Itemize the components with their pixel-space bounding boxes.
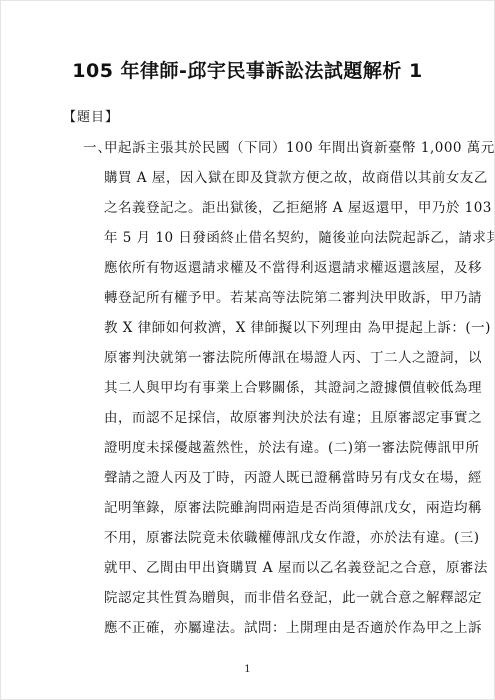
question-line: 教 X 律師如何救濟，X 律師擬以下列理由 為甲提起上訴：(一): [104, 313, 429, 343]
question-line: 聲請之證人丙及丁時，丙證人既已證稱當時另有戊女在場，經: [104, 463, 429, 493]
question-line: 記明筆錄，原審法院雖詢問兩造是否尚須傳訊戊女，兩造均稱: [104, 493, 429, 523]
question-item-marker: 一、: [83, 133, 112, 163]
question-line: 證明度未採優越蓋然性，於法有違。(二)第一審法院傳訊甲所: [104, 433, 429, 463]
question-line: 由，而認不足採信，故原審判決於法有違；且原審認定事實之: [104, 403, 429, 433]
question-line: 不用，原審法院竟未依職權傳訊戊女作證，亦於法有違。(三): [104, 523, 429, 553]
document-page: 105 年律師-邱宇民事訴訟法試題解析 1 【題目】 一、 甲起訴主張其於民國（…: [0, 0, 495, 700]
document-title: 105 年律師-邱宇民事訴訟法試題解析 1: [1, 57, 494, 85]
section-label-question: 【題目】: [63, 110, 494, 126]
question-lines: 甲起訴主張其於民國（下同）100 年間出資新臺幣 1,000 萬元 購買 A 屋…: [104, 133, 429, 643]
question-line: 之名義登記之。詎出獄後，乙拒絕將 A 屋返還甲，甲乃於 103: [104, 193, 429, 223]
question-line: 年 5 月 10 日發函終止借名契約，隨後並向法院起訴乙，請求其: [104, 223, 429, 253]
question-line: 購買 A 屋，因入獄在即及貸款方便之故，故商借以其前女友乙: [104, 163, 429, 193]
question-item: 一、 甲起訴主張其於民國（下同）100 年間出資新臺幣 1,000 萬元 購買 …: [83, 133, 429, 643]
page-number: 1: [1, 663, 494, 675]
question-line: 應不正確，亦屬違法。試問：上開理由是否適於作為甲之上訴: [104, 613, 429, 643]
question-line: 其二人與甲均有事業上合夥關係，其證詞之證據價值較低為理: [104, 373, 429, 403]
question-line: 甲起訴主張其於民國（下同）100 年間出資新臺幣 1,000 萬元: [104, 133, 429, 163]
question-line: 轉登記所有權予甲。若某高等法院第二審判決甲敗訴，甲乃請: [104, 283, 429, 313]
question-line: 原審判決就第一審法院所傳訊在場證人丙、丁二人之證詞，以: [104, 343, 429, 373]
question-line: 應依所有物返還請求權及不當得利返還請求權返還該屋，及移: [104, 253, 429, 283]
question-line: 就甲、乙間由甲出資購買 A 屋而以乙名義登記之合意，原審法: [104, 553, 429, 583]
question-line: 院認定其性質為贈與，而非借名登記，此一就合意之解釋認定: [104, 583, 429, 613]
